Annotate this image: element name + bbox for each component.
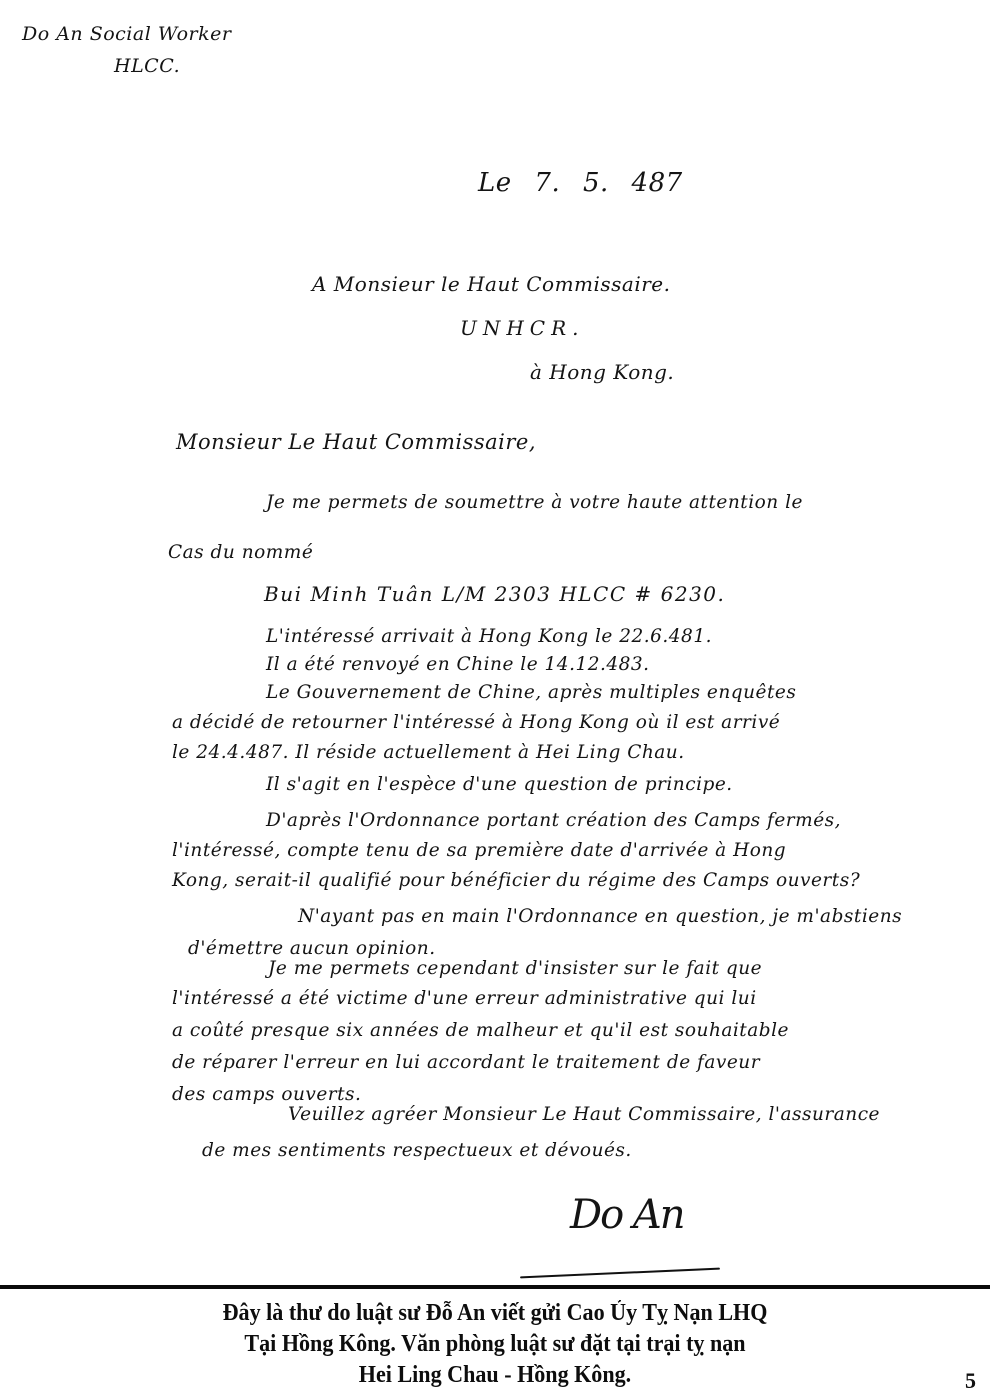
divider-rule xyxy=(0,1285,990,1289)
body-line: D'après l'Ordonnance portant création de… xyxy=(266,810,841,831)
caption-block: Đây là thư do luật sư Đỗ An viết gửi Cao… xyxy=(40,1298,951,1391)
addressee-block: A Monsieur le Haut Commissaire. UNHCR. à… xyxy=(312,262,674,394)
salutation: Monsieur Le Haut Commissaire, xyxy=(176,430,536,454)
caption-line-3: Hei Ling Chau - Hồng Kông. xyxy=(40,1360,951,1391)
body-line: Kong, serait-il qualifié pour bénéficier… xyxy=(172,870,860,891)
body-line: Le Gouvernement de Chine, après multiple… xyxy=(266,682,796,703)
body-line: L'intéressé arrivait à Hong Kong le 22.6… xyxy=(266,626,712,647)
letter-date: Le 7. 5. 487 xyxy=(478,168,683,198)
addressee-line-1: A Monsieur le Haut Commissaire. xyxy=(312,272,671,296)
body-line: Je me permets de soumettre à votre haute… xyxy=(266,492,803,513)
sender-name: Do An Social Worker xyxy=(22,23,231,45)
body-line: des camps ouverts. xyxy=(172,1084,361,1105)
body-line: Il s'agit en l'espèce d'une question de … xyxy=(266,774,733,795)
sender-org: HLCC. xyxy=(22,50,231,82)
page-number: 5 xyxy=(965,1368,976,1394)
body-line: de mes sentiments respectueux et dévoués… xyxy=(202,1140,632,1161)
body-line: Cas du nommé xyxy=(168,542,313,563)
body-line: Veuillez agréer Monsieur Le Haut Commiss… xyxy=(288,1104,880,1125)
body-line: l'intéressé, compte tenu de sa première … xyxy=(172,840,786,861)
signature-underline xyxy=(520,1268,720,1279)
caption-line-2: Tại Hồng Kông. Văn phòng luật sư đặt tại… xyxy=(40,1329,951,1360)
body-line: a décidé de retourner l'intéressé à Hong… xyxy=(172,712,780,733)
signature: Do An xyxy=(570,1192,684,1238)
body-line: de réparer l'erreur en lui accordant le … xyxy=(172,1052,760,1073)
body-line: l'intéressé a été victime d'une erreur a… xyxy=(172,988,757,1009)
body-line: N'ayant pas en main l'Ordonnance en ques… xyxy=(298,906,902,927)
body-line: d'émettre aucun opinion. xyxy=(188,938,436,959)
addressee-line-3: à Hong Kong. xyxy=(312,350,674,394)
caption-line-1: Đây là thư do luật sư Đỗ An viết gửi Cao… xyxy=(40,1298,951,1329)
sender-block: Do An Social Worker HLCC. xyxy=(22,18,231,82)
body-line: a coûté presque six années de malheur et… xyxy=(172,1020,789,1041)
addressee-line-2: UNHCR. xyxy=(312,306,674,350)
body-line: Il a été renvoyé en Chine le 14.12.483. xyxy=(266,654,650,675)
body-line: Bui Minh Tuân L/M 2303 HLCC # 6230. xyxy=(264,582,725,606)
body-line: Je me permets cependant d'insister sur l… xyxy=(268,958,762,979)
body-line: le 24.4.487. Il réside actuellement à He… xyxy=(172,742,685,763)
